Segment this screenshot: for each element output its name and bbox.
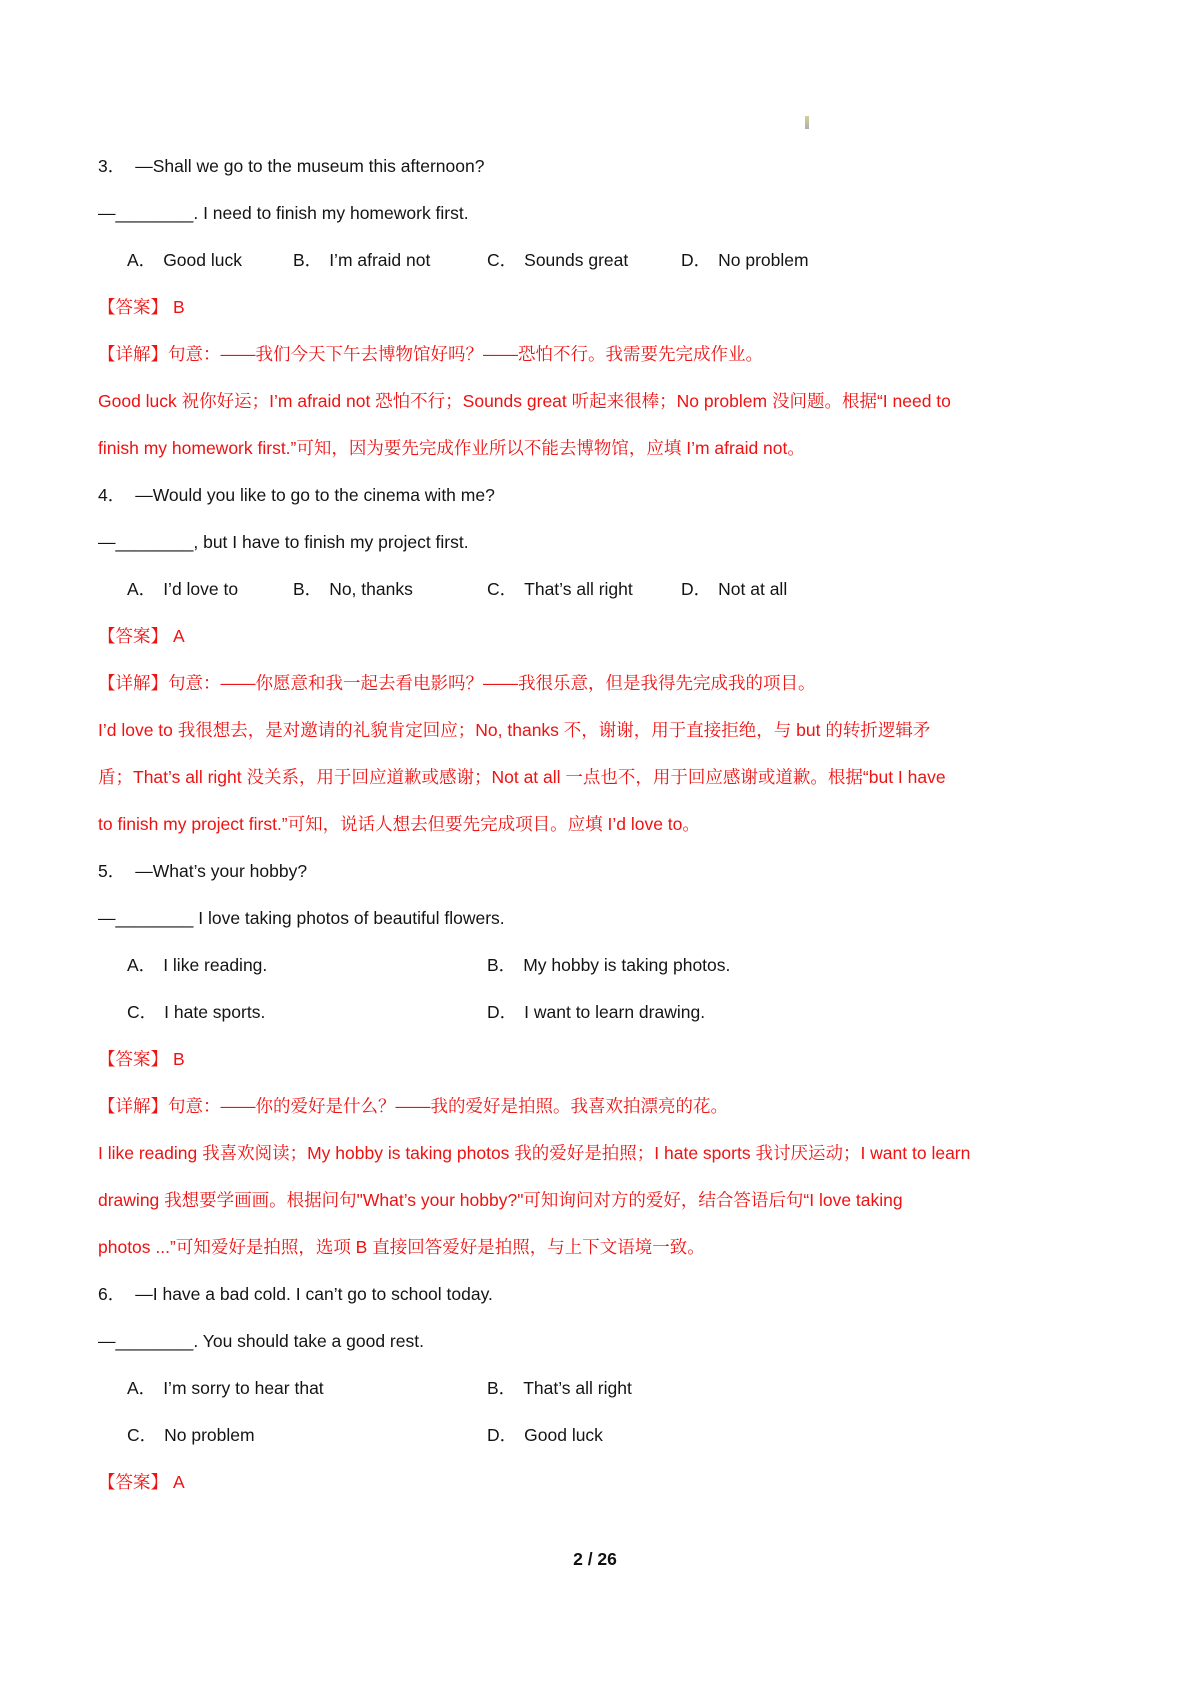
option-key: B． xyxy=(293,250,322,270)
option-text: I’m sorry to hear that xyxy=(163,1378,323,1398)
question-5-answer: B xyxy=(173,1049,185,1069)
question-5-response-blank: —________ I love taking photos of beauti… xyxy=(98,895,1106,942)
option-text: No, thanks xyxy=(329,579,413,599)
page-number: 2 / 26 xyxy=(0,1536,1190,1583)
question-3-option-d: D．No problem xyxy=(681,237,809,284)
option-key: D． xyxy=(681,579,711,599)
question-3-options-row: A．Good luck B．I’m afraid not C．Sounds gr… xyxy=(98,237,1106,284)
option-key: C． xyxy=(487,250,517,270)
question-5-text: —What’s your hobby? xyxy=(135,861,307,881)
question-4-option-b: B．No, thanks xyxy=(293,566,413,613)
option-key: A． xyxy=(127,955,156,975)
option-text: I’m afraid not xyxy=(329,250,430,270)
question-4-number: 4． xyxy=(98,472,125,519)
answer-label: 【答案】 xyxy=(98,626,168,646)
question-6-option-b: B．That’s all right xyxy=(487,1365,632,1412)
option-key: D． xyxy=(681,250,711,270)
option-text: Good luck xyxy=(524,1425,603,1445)
option-key: B． xyxy=(293,579,322,599)
question-5-analysis-line: drawing 我想要学画画。根据问句"What’s your hobby?"可… xyxy=(98,1177,1106,1224)
stray-artifact-mark xyxy=(805,116,809,129)
question-3-number: 3． xyxy=(98,143,125,190)
question-3-option-b: B．I’m afraid not xyxy=(293,237,430,284)
analysis-text: 句意：——你愿意和我一起去看电影吗？——我很乐意，但是我得先完成我的项目。 xyxy=(168,673,816,693)
question-5-answer-line: 【答案】B xyxy=(98,1036,1106,1083)
question-6-stem: 6．—I have a bad cold. I can’t go to scho… xyxy=(98,1271,1106,1318)
question-4-analysis-line: 【详解】句意：——你愿意和我一起去看电影吗？——我很乐意，但是我得先完成我的项目… xyxy=(98,660,1106,707)
option-key: A． xyxy=(127,250,156,270)
question-5-analysis-line: 【详解】句意：——你的爱好是什么？——我的爱好是拍照。我喜欢拍漂亮的花。 xyxy=(98,1083,1106,1130)
option-text: That’s all right xyxy=(524,579,633,599)
question-4-response-blank: —________, but I have to finish my proje… xyxy=(98,519,1106,566)
question-3-answer: B xyxy=(173,297,185,317)
question-4-answer-line: 【答案】A xyxy=(98,613,1106,660)
question-5-options-row-2: C．I hate sports. D．I want to learn drawi… xyxy=(98,989,1106,1036)
question-4-answer: A xyxy=(173,626,185,646)
question-3-answer-line: 【答案】B xyxy=(98,284,1106,331)
option-key: C． xyxy=(487,579,517,599)
analysis-label: 【详解】 xyxy=(98,673,168,693)
option-key: B． xyxy=(487,955,516,975)
question-5-analysis-line: I like reading 我喜欢阅读；My hobby is taking … xyxy=(98,1130,1106,1177)
question-6-text: —I have a bad cold. I can’t go to school… xyxy=(135,1284,493,1304)
page-content: 3．—Shall we go to the museum this aftern… xyxy=(98,143,1106,1506)
option-key: A． xyxy=(127,1378,156,1398)
question-6-response-blank: —________. You should take a good rest. xyxy=(98,1318,1106,1365)
option-key: D． xyxy=(487,1425,517,1445)
question-5-option-b: B．My hobby is taking photos. xyxy=(487,942,730,989)
option-key: B． xyxy=(487,1378,516,1398)
question-5-option-c: C．I hate sports. xyxy=(127,989,265,1036)
question-4-text: —Would you like to go to the cinema with… xyxy=(135,485,495,505)
question-4-option-d: D．Not at all xyxy=(681,566,787,613)
option-text: That’s all right xyxy=(523,1378,632,1398)
analysis-text: 句意：——我们今天下午去博物馆好吗？——恐怕不行。我需要先完成作业。 xyxy=(168,344,763,364)
question-3-analysis-line: 【详解】句意：——我们今天下午去博物馆好吗？——恐怕不行。我需要先完成作业。 xyxy=(98,331,1106,378)
question-6-options-row-1: A．I’m sorry to hear that B．That’s all ri… xyxy=(98,1365,1106,1412)
question-6-option-c: C．No problem xyxy=(127,1412,255,1459)
question-4-analysis-line: to finish my project first.”可知，说话人想去但要先完… xyxy=(98,801,1106,848)
option-key: C． xyxy=(127,1002,157,1022)
document-page: 3．—Shall we go to the museum this aftern… xyxy=(0,0,1190,1683)
option-key: D． xyxy=(487,1002,517,1022)
answer-label: 【答案】 xyxy=(98,1049,168,1069)
option-text: Not at all xyxy=(718,579,787,599)
option-text: I hate sports. xyxy=(164,1002,265,1022)
question-3-stem: 3．—Shall we go to the museum this aftern… xyxy=(98,143,1106,190)
answer-label: 【答案】 xyxy=(98,1472,168,1492)
option-text: I’d love to xyxy=(163,579,238,599)
question-6-number: 6． xyxy=(98,1271,125,1318)
question-3-option-a: A．Good luck xyxy=(127,237,242,284)
question-4-analysis-line: I’d love to 我很想去，是对邀请的礼貌肯定回应；No, thanks … xyxy=(98,707,1106,754)
option-text: I like reading. xyxy=(163,955,267,975)
question-5-stem: 5．—What’s your hobby? xyxy=(98,848,1106,895)
question-6-option-d: D．Good luck xyxy=(487,1412,603,1459)
question-5-analysis-line: photos ...”可知爱好是拍照，选项 B 直接回答爱好是拍照，与上下文语境… xyxy=(98,1224,1106,1271)
question-6-answer-line: 【答案】A xyxy=(98,1459,1106,1506)
question-3-analysis-line: Good luck 祝你好运；I’m afraid not 恐怕不行；Sound… xyxy=(98,378,1106,425)
question-4-option-c: C．That’s all right xyxy=(487,566,633,613)
question-3-option-c: C．Sounds great xyxy=(487,237,628,284)
question-5-options-row-1: A．I like reading. B．My hobby is taking p… xyxy=(98,942,1106,989)
question-4-option-a: A．I’d love to xyxy=(127,566,238,613)
option-text: No problem xyxy=(718,250,808,270)
question-4-options-row: A．I’d love to B．No, thanks C．That’s all … xyxy=(98,566,1106,613)
option-text: Sounds great xyxy=(524,250,628,270)
analysis-label: 【详解】 xyxy=(98,344,168,364)
option-key: A． xyxy=(127,579,156,599)
answer-label: 【答案】 xyxy=(98,297,168,317)
question-3-analysis-line: finish my homework first.”可知，因为要先完成作业所以不… xyxy=(98,425,1106,472)
question-6-options-row-2: C．No problem D．Good luck xyxy=(98,1412,1106,1459)
question-3-text: —Shall we go to the museum this afternoo… xyxy=(135,156,484,176)
question-4-stem: 4．—Would you like to go to the cinema wi… xyxy=(98,472,1106,519)
option-text: I want to learn drawing. xyxy=(524,1002,705,1022)
question-5-option-d: D．I want to learn drawing. xyxy=(487,989,705,1036)
option-text: Good luck xyxy=(163,250,242,270)
analysis-label: 【详解】 xyxy=(98,1096,168,1116)
question-5-option-a: A．I like reading. xyxy=(127,942,267,989)
analysis-text: 句意：——你的爱好是什么？——我的爱好是拍照。我喜欢拍漂亮的花。 xyxy=(168,1096,728,1116)
question-6-option-a: A．I’m sorry to hear that xyxy=(127,1365,324,1412)
option-key: C． xyxy=(127,1425,157,1445)
option-text: No problem xyxy=(164,1425,254,1445)
option-text: My hobby is taking photos. xyxy=(523,955,730,975)
question-6-answer: A xyxy=(173,1472,185,1492)
question-3-response-blank: —________. I need to finish my homework … xyxy=(98,190,1106,237)
question-4-analysis-line: 盾；That’s all right 没关系，用于回应道歉或感谢；Not at … xyxy=(98,754,1106,801)
question-5-number: 5． xyxy=(98,848,125,895)
